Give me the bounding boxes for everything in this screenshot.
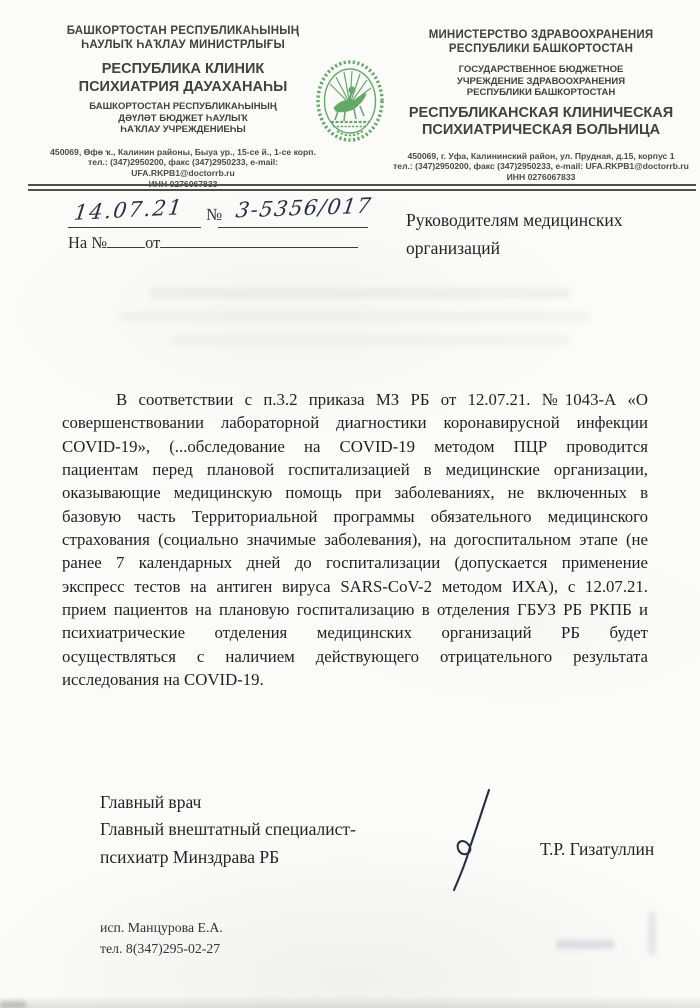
number-underline: [218, 227, 368, 228]
faint-stamp-artifact: [648, 912, 656, 954]
signer-title-line: психиатр Минздрава РБ: [100, 844, 356, 871]
body-line: COVID-19», (...обследование на COVID-19 …: [62, 435, 648, 458]
scan-edge-artifact: [0, 1001, 26, 1008]
scanned-letter-page: БАШКОРТОСТАН РЕСПУБЛИКАҺЫНЫҢ ҺАУЛЫҠ ҺАҠЛ…: [0, 0, 700, 1008]
body-line: психиатрические отделения медицинских ор…: [62, 621, 648, 644]
org-type-line: ГОСУДАРСТВЕННОЕ БЮДЖЕТНОЕ: [392, 64, 690, 76]
bleed-through-artifact: [170, 336, 570, 345]
recipient-line: Руководителям медицинских: [406, 206, 623, 234]
org-name-line: ПСИХИАТРИЯ ДАУАХАНАҺЫ: [40, 79, 326, 97]
ministry-line: МИНИСТЕРСТВО ЗДРАВООХРАНЕНИЯ: [392, 28, 690, 42]
signer-name: Т.Р. Гизатуллин: [540, 839, 654, 860]
body-line: страхования (социально значимые заболева…: [62, 528, 648, 551]
reply-reference-row: На №от: [68, 232, 358, 253]
letter-body: В соответствии с п.3.2 приказа МЗ РБ от …: [62, 388, 648, 691]
outgoing-date-handwritten: 14.07.21: [73, 195, 185, 225]
ministry-line: ҺАУЛЫҠ ҺАҠЛАУ МИНИСТРЛЫҒЫ: [40, 38, 326, 52]
letterhead-bashkir: БАШКОРТОСТАН РЕСПУБЛИКАҺЫНЫҢ ҺАУЛЫҠ ҺАҠЛ…: [40, 24, 326, 190]
faint-stamp-artifact: [556, 940, 614, 949]
date-underline: [68, 227, 201, 228]
address-line: тел.: (347)2950200, факс (347)2950233, e…: [40, 157, 326, 179]
bashkortostan-coat-of-arms-icon: [314, 58, 386, 150]
org-type-line: УЧРЕЖДЕНИЕ ЗДРАВООХРАНЕНИЯ: [392, 76, 690, 88]
body-line: оказывающие медицинскую помощь при забол…: [62, 481, 648, 504]
org-type-line: ДӘҮЛӘТ БЮДЖЕТ ҺАУЛЫҠ: [40, 113, 326, 125]
body-line: ранее 7 календарных дней до госпитализац…: [62, 551, 648, 574]
reply-number-blank: [107, 232, 145, 248]
body-line: В соответствии с п.3.2 приказа МЗ РБ от …: [62, 388, 648, 411]
body-line: исследования на COVID-19.: [62, 668, 648, 691]
reply-prefix: На №: [68, 233, 107, 252]
body-line: базовую часть Территориальной программы …: [62, 505, 648, 528]
recipient-block: Руководителям медицинских организаций: [406, 206, 623, 262]
ministry-line: БАШКОРТОСТАН РЕСПУБЛИКАҺЫНЫҢ: [40, 24, 326, 38]
body-line: пациентам перед плановой госпитализацией…: [62, 458, 648, 481]
org-type-line: ҺАҠЛАУ УЧРЕЖДЕНИЕҺЫ: [40, 124, 326, 136]
address-line: ИНН 0276067833: [392, 172, 690, 183]
body-line: прием пациентов на плановую госпитализац…: [62, 598, 648, 621]
bleed-through-artifact: [120, 312, 590, 321]
address-line: 450069, г. Уфа, Калининский район, ул. П…: [392, 151, 690, 162]
signer-title-line: Главный врач: [100, 789, 356, 816]
signer-titles: Главный врач Главный внештатный специали…: [100, 789, 356, 871]
scan-edge-shadow: [0, 996, 700, 1008]
signer-title-line: Главный внештатный специалист-: [100, 816, 356, 843]
recipient-line: организаций: [406, 234, 623, 262]
executor-name: исп. Манцурова Е.А.: [100, 917, 223, 938]
org-name-line: РЕСПУБЛИКА КЛИНИК: [40, 61, 326, 79]
body-line: совершенствовании лабораторной диагности…: [62, 411, 648, 434]
ministry-line: РЕСПУБЛИКИ БАШКОРТОСТАН: [392, 42, 690, 56]
outgoing-number-handwritten: 3-5356/017: [234, 194, 373, 223]
executor-phone: тел. 8(347)295-02-27: [100, 938, 223, 959]
letterhead-russian: МИНИСТЕРСТВО ЗДРАВООХРАНЕНИЯ РЕСПУБЛИКИ …: [392, 28, 690, 183]
reply-from: от: [145, 233, 160, 252]
address-line: 450069, Өфө ҡ., Калинин районы, Быуа ур.…: [40, 147, 326, 158]
org-type-line: РЕСПУБЛИКИ БАШКОРТОСТАН: [392, 87, 690, 99]
body-line: экспресс тестов на антиген вируса SARS-C…: [62, 575, 648, 598]
reply-date-blank: [160, 232, 358, 248]
letterhead-divider: [28, 184, 696, 191]
executor-block: исп. Манцурова Е.А. тел. 8(347)295-02-27: [100, 917, 223, 959]
number-sign: №: [206, 205, 222, 225]
body-line: осуществляться с наличием действующего о…: [62, 645, 648, 668]
org-name-line: ПСИХИАТРИЧЕСКАЯ БОЛЬНИЦА: [392, 122, 690, 140]
address-line: тел.: (347)2950200, факс (347)2950233, e…: [392, 161, 690, 172]
org-name-line: РЕСПУБЛИКАНСКАЯ КЛИНИЧЕСКАЯ: [392, 105, 690, 123]
handwritten-signature-icon: [446, 786, 494, 894]
org-type-line: БАШКОРТОСТАН РЕСПУБЛИКАҺЫНЫҢ: [40, 101, 326, 113]
bleed-through-artifact: [150, 288, 570, 298]
